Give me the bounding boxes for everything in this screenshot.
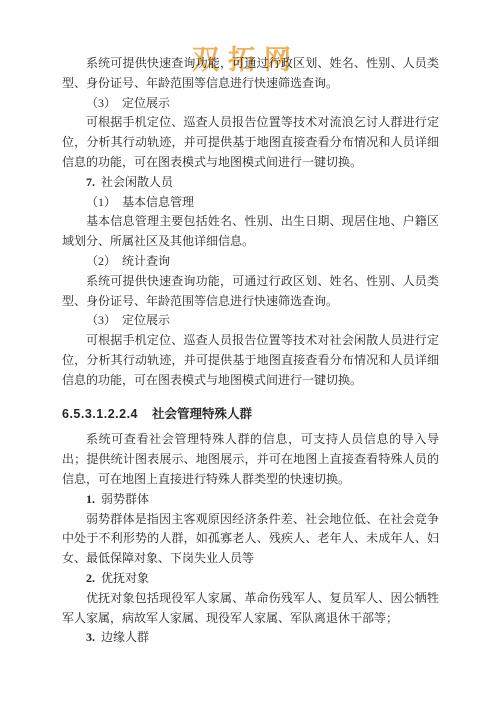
document-page: 双拓网 系统可提供快速查询功能，可通过行政区划、姓名、性别、人员类型、身份证号、… — [0, 0, 500, 708]
subitem-label: 定位展示 — [122, 96, 170, 110]
section-heading: 6.5.3.1.2.2.4社会管理特殊人群 — [62, 405, 439, 425]
subitem-label: 统计查询 — [122, 254, 170, 268]
item-label: 弱势群体 — [101, 492, 149, 506]
document-content: 系统可提供快速查询功能，可通过行政区划、姓名、性别、人员类型、身份证号、年龄范围… — [62, 54, 439, 648]
item-label: 优抚对象 — [101, 571, 149, 585]
body-paragraph: 系统可提供快速查询功能，可通过行政区划、姓名、性别、人员类型、身份证号、年龄范围… — [62, 272, 439, 312]
body-paragraph: 系统可查看社会管理特殊人群的信息，可支持人员信息的导入导出；提供统计图表展示、地… — [62, 430, 439, 489]
subitem-label: 定位展示 — [122, 313, 170, 327]
body-paragraph: 弱势群体是指因主客观原因经济条件差、社会地位低、在社会竞争中处于不利形势的人群，… — [62, 510, 439, 569]
item-label: 社会闲散人员 — [101, 175, 173, 189]
sub-item: （3）定位展示 — [62, 94, 439, 114]
body-paragraph: 基本信息管理主要包括姓名、性别、出生日期、现居住地、户籍区域划分、所属社区及其他… — [62, 212, 439, 252]
body-paragraph: 优抚对象包括现役军人家属、革命伤残军人、复员军人、因公牺牲军人家属，病故军人家属… — [62, 589, 439, 629]
sub-item: （1）基本信息管理 — [62, 193, 439, 213]
numbered-item: 2.优抚对象 — [62, 569, 439, 589]
numbered-item: 7.社会闲散人员 — [62, 173, 439, 193]
numbered-item: 3.边缘人群 — [62, 628, 439, 648]
body-paragraph: 可根据手机定位、巡查人员报告位置等技术对社会闲散人员进行定位，分析其行动轨迹，并… — [62, 331, 439, 390]
subitem-marker: （3） — [86, 313, 116, 327]
section-title: 社会管理特殊人群 — [152, 407, 252, 421]
item-label: 边缘人群 — [101, 630, 149, 644]
item-number: 2. — [86, 571, 95, 585]
body-paragraph: 系统可提供快速查询功能，可通过行政区划、姓名、性别、人员类型、身份证号、年龄范围… — [62, 54, 439, 94]
section-number: 6.5.3.1.2.2.4 — [62, 407, 138, 421]
item-number: 7. — [86, 175, 95, 189]
numbered-item: 1.弱势群体 — [62, 490, 439, 510]
item-number: 3. — [86, 630, 95, 644]
sub-item: （3）定位展示 — [62, 311, 439, 331]
subitem-marker: （3） — [86, 96, 116, 110]
body-paragraph: 可根据手机定位、巡查人员报告位置等技术对流浪乞讨人群进行定位，分析其行动轨迹，并… — [62, 113, 439, 172]
subitem-label: 基本信息管理 — [122, 195, 194, 209]
subitem-marker: （2） — [86, 254, 116, 268]
subitem-marker: （1） — [86, 195, 116, 209]
sub-item: （2）统计查询 — [62, 252, 439, 272]
item-number: 1. — [86, 492, 95, 506]
